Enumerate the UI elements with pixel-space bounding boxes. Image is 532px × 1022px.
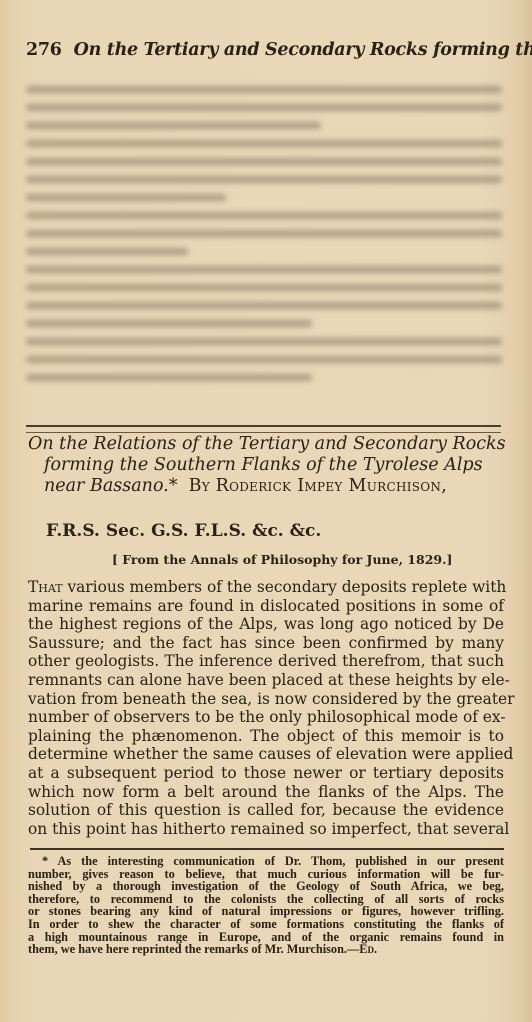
footnote-line: In order to shew the character of some f… <box>28 918 504 931</box>
title-line-3: near Bassano.* By Roderick Impey Murchis… <box>28 476 504 497</box>
page-number: 276 <box>26 40 62 60</box>
body-line: Saussure; and the fact has since been co… <box>28 634 504 653</box>
editor-signature: Ed. <box>359 942 377 956</box>
redacted-line <box>26 248 188 255</box>
article-title: On the Relations of the Tertiary and Sec… <box>28 434 504 497</box>
article-body: That various members of the secondary de… <box>28 578 504 838</box>
footnote-line: * As the interesting communication of Dr… <box>28 855 504 868</box>
body-line: number of observers to be the only philo… <box>28 708 504 727</box>
footnote-marker: * <box>42 854 48 868</box>
running-head-title: On the Tertiary and Secondary Rocks form… <box>74 40 532 60</box>
body-line: plaining the phænomenon. The object of t… <box>28 727 504 746</box>
body-line: at a subsequent period to those newer or… <box>28 764 504 783</box>
body-line: That various members of the secondary de… <box>28 578 504 597</box>
redacted-line <box>26 194 226 201</box>
redacted-line <box>26 320 312 327</box>
redacted-line <box>26 86 502 93</box>
redacted-line <box>26 338 502 345</box>
redacted-line <box>26 230 502 237</box>
book-page: 276On the Tertiary and Secondary Rocks f… <box>0 0 532 1022</box>
redacted-line <box>26 158 502 165</box>
redacted-line <box>26 284 502 291</box>
section-double-rule <box>26 425 501 433</box>
body-line: the highest regions of the Alps, was lon… <box>28 615 504 634</box>
redacted-line <box>26 356 502 363</box>
redacted-line <box>26 122 321 129</box>
footnote: * As the interesting communication of Dr… <box>28 855 504 956</box>
redacted-line <box>26 302 502 309</box>
source-note: [ From the Annals of Philosophy for June… <box>112 552 452 567</box>
running-head: 276On the Tertiary and Secondary Rocks f… <box>26 40 511 60</box>
body-line: solution of this question is called for,… <box>28 801 504 820</box>
footnote-line: nished by a thorough investigation of th… <box>28 880 504 893</box>
author-prefix: By <box>189 476 210 496</box>
redacted-text-block <box>26 86 502 416</box>
body-line: vation from beneath the sea, is now cons… <box>28 690 504 709</box>
author-name: Roderick Impey Murchison, <box>216 476 447 496</box>
author-credentials: F.R.S. Sec. G.S. F.L.S. &c. &c. <box>46 521 321 541</box>
body-line: which now form a belt around the flanks … <box>28 783 504 802</box>
footnote-line: them, we have here reprinted the remarks… <box>28 943 504 956</box>
body-line: on this point has hitherto remained so i… <box>28 820 504 839</box>
redacted-line <box>26 176 502 183</box>
body-line: marine remains are found in dislocated p… <box>28 597 504 616</box>
footnote-rule <box>30 848 504 850</box>
title-line-1: On the Relations of the Tertiary and Sec… <box>28 434 504 455</box>
title-line-3-text: near Bassano.* <box>44 476 178 496</box>
redacted-line <box>26 140 502 147</box>
opening-word: That <box>28 578 63 596</box>
redacted-line <box>26 104 502 111</box>
title-line-2: forming the Southern Flanks of the Tyrol… <box>28 455 504 476</box>
redacted-line <box>26 266 502 273</box>
body-line: other geologists. The inference derived … <box>28 652 504 671</box>
body-line: remnants can alone have been placed at t… <box>28 671 504 690</box>
redacted-line <box>26 374 312 381</box>
redacted-line <box>26 212 502 219</box>
body-line: determine whether the same causes of ele… <box>28 745 504 764</box>
